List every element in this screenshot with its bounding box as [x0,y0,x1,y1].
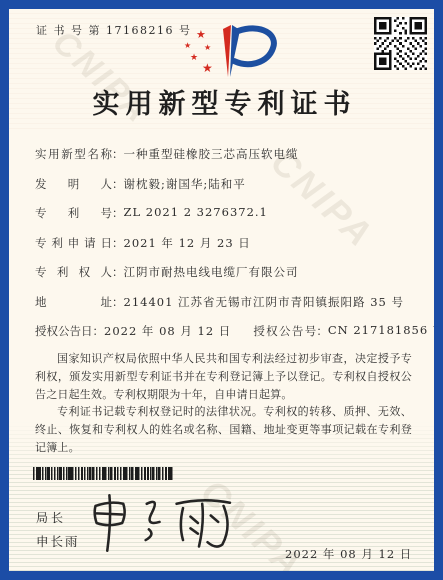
svg-text:★: ★ [184,41,191,50]
qr-code-icon [374,17,427,70]
colon: ： [112,146,124,162]
certificate-border: CNIPA CNIPA CNIPA 证 书 号 第 17168216 号 ★ ★… [0,0,443,580]
certificate-number: 证 书 号 第 17168216 号 [36,22,191,38]
field-label: 专利权人 [35,264,112,280]
colon: ： [112,294,124,310]
field-value: ZL 2021 2 3276372.1 [124,205,268,219]
field-label: 专利申请日 [35,235,112,251]
field-row-patent-no: 专利号： ZL 2021 2 3276372.1 [35,205,414,235]
grant-no-value: CN 217181856 U [328,323,434,339]
commissioner-name: 申长雨 [36,532,80,550]
colon: ： [112,264,124,280]
field-label: 发明人 [35,176,112,192]
field-row-address: 地址： 214401 江苏省无锡市江阴市青阳镇振阳路 35 号 [35,294,414,324]
field-row-patentee: 专利权人： 江阴市耐热电线电缆厂有限公司 [35,264,414,294]
certificate-title: 实用新型专利证书 [9,82,434,121]
cnipa-logo-icon: ★ ★ ★ ★ ★ [176,20,286,82]
fields-section: 实用新型名称： 一种重型硅橡胶三芯高压软电缆 发明人： 谢枕毅;谢国华;陆和平 … [35,146,414,353]
colon: ： [112,205,124,221]
certificate-paper: CNIPA CNIPA CNIPA 证 书 号 第 17168216 号 ★ ★… [9,9,434,571]
field-label: 专利号 [35,205,112,221]
issue-date: 2022 年 08 月 12 日 [285,546,412,562]
legal-text-section: 国家知识产权局依照中华人民共和国专利法经过初步审查，决定授予专利权，颁发实用新型… [35,350,412,457]
colon: ： [112,235,124,251]
field-row-filing-date: 专利申请日： 2021 年 12 月 23 日 [35,235,414,265]
grant-date-value: 2022 年 08 月 12 日 [104,323,231,339]
svg-text:★: ★ [202,61,213,75]
field-value: 谢枕毅;谢国华;陆和平 [124,176,246,192]
commissioner-signature [87,491,247,553]
legal-paragraph-2: 专利证书记载专利权登记时的法律状况。专利权的转移、质押、无效、终止、恢复和专利权… [35,403,412,456]
colon: ： [93,323,105,339]
barcode-icon [33,467,173,480]
field-label: 地址 [35,294,112,310]
field-row-grant: 授权公告日： 2022 年 08 月 12 日 授权公告号： CN 217181… [35,323,414,353]
grant-no-label: 授权公告号 [253,323,316,339]
field-value: 2021 年 12 月 23 日 [124,235,251,251]
svg-text:★: ★ [190,53,198,63]
svg-text:★: ★ [196,28,206,41]
field-label: 实用新型名称 [35,146,112,162]
field-value: 江阴市耐热电线电缆厂有限公司 [124,264,299,280]
field-row-name: 实用新型名称： 一种重型硅橡胶三芯高压软电缆 [35,146,414,176]
field-row-inventor: 发明人： 谢枕毅;谢国华;陆和平 [35,176,414,206]
colon: ： [112,176,124,192]
colon: ： [316,323,328,339]
field-value: 214401 江苏省无锡市江阴市青阳镇振阳路 35 号 [124,294,405,310]
grant-date-label: 授权公告日 [35,323,93,339]
legal-paragraph-1: 国家知识产权局依照中华人民共和国专利法经过初步审查，决定授予专利权，颁发实用新型… [35,350,412,403]
svg-text:★: ★ [204,43,211,52]
field-value: 一种重型硅橡胶三芯高压软电缆 [124,146,299,162]
commissioner-title: 局长 [36,509,66,526]
